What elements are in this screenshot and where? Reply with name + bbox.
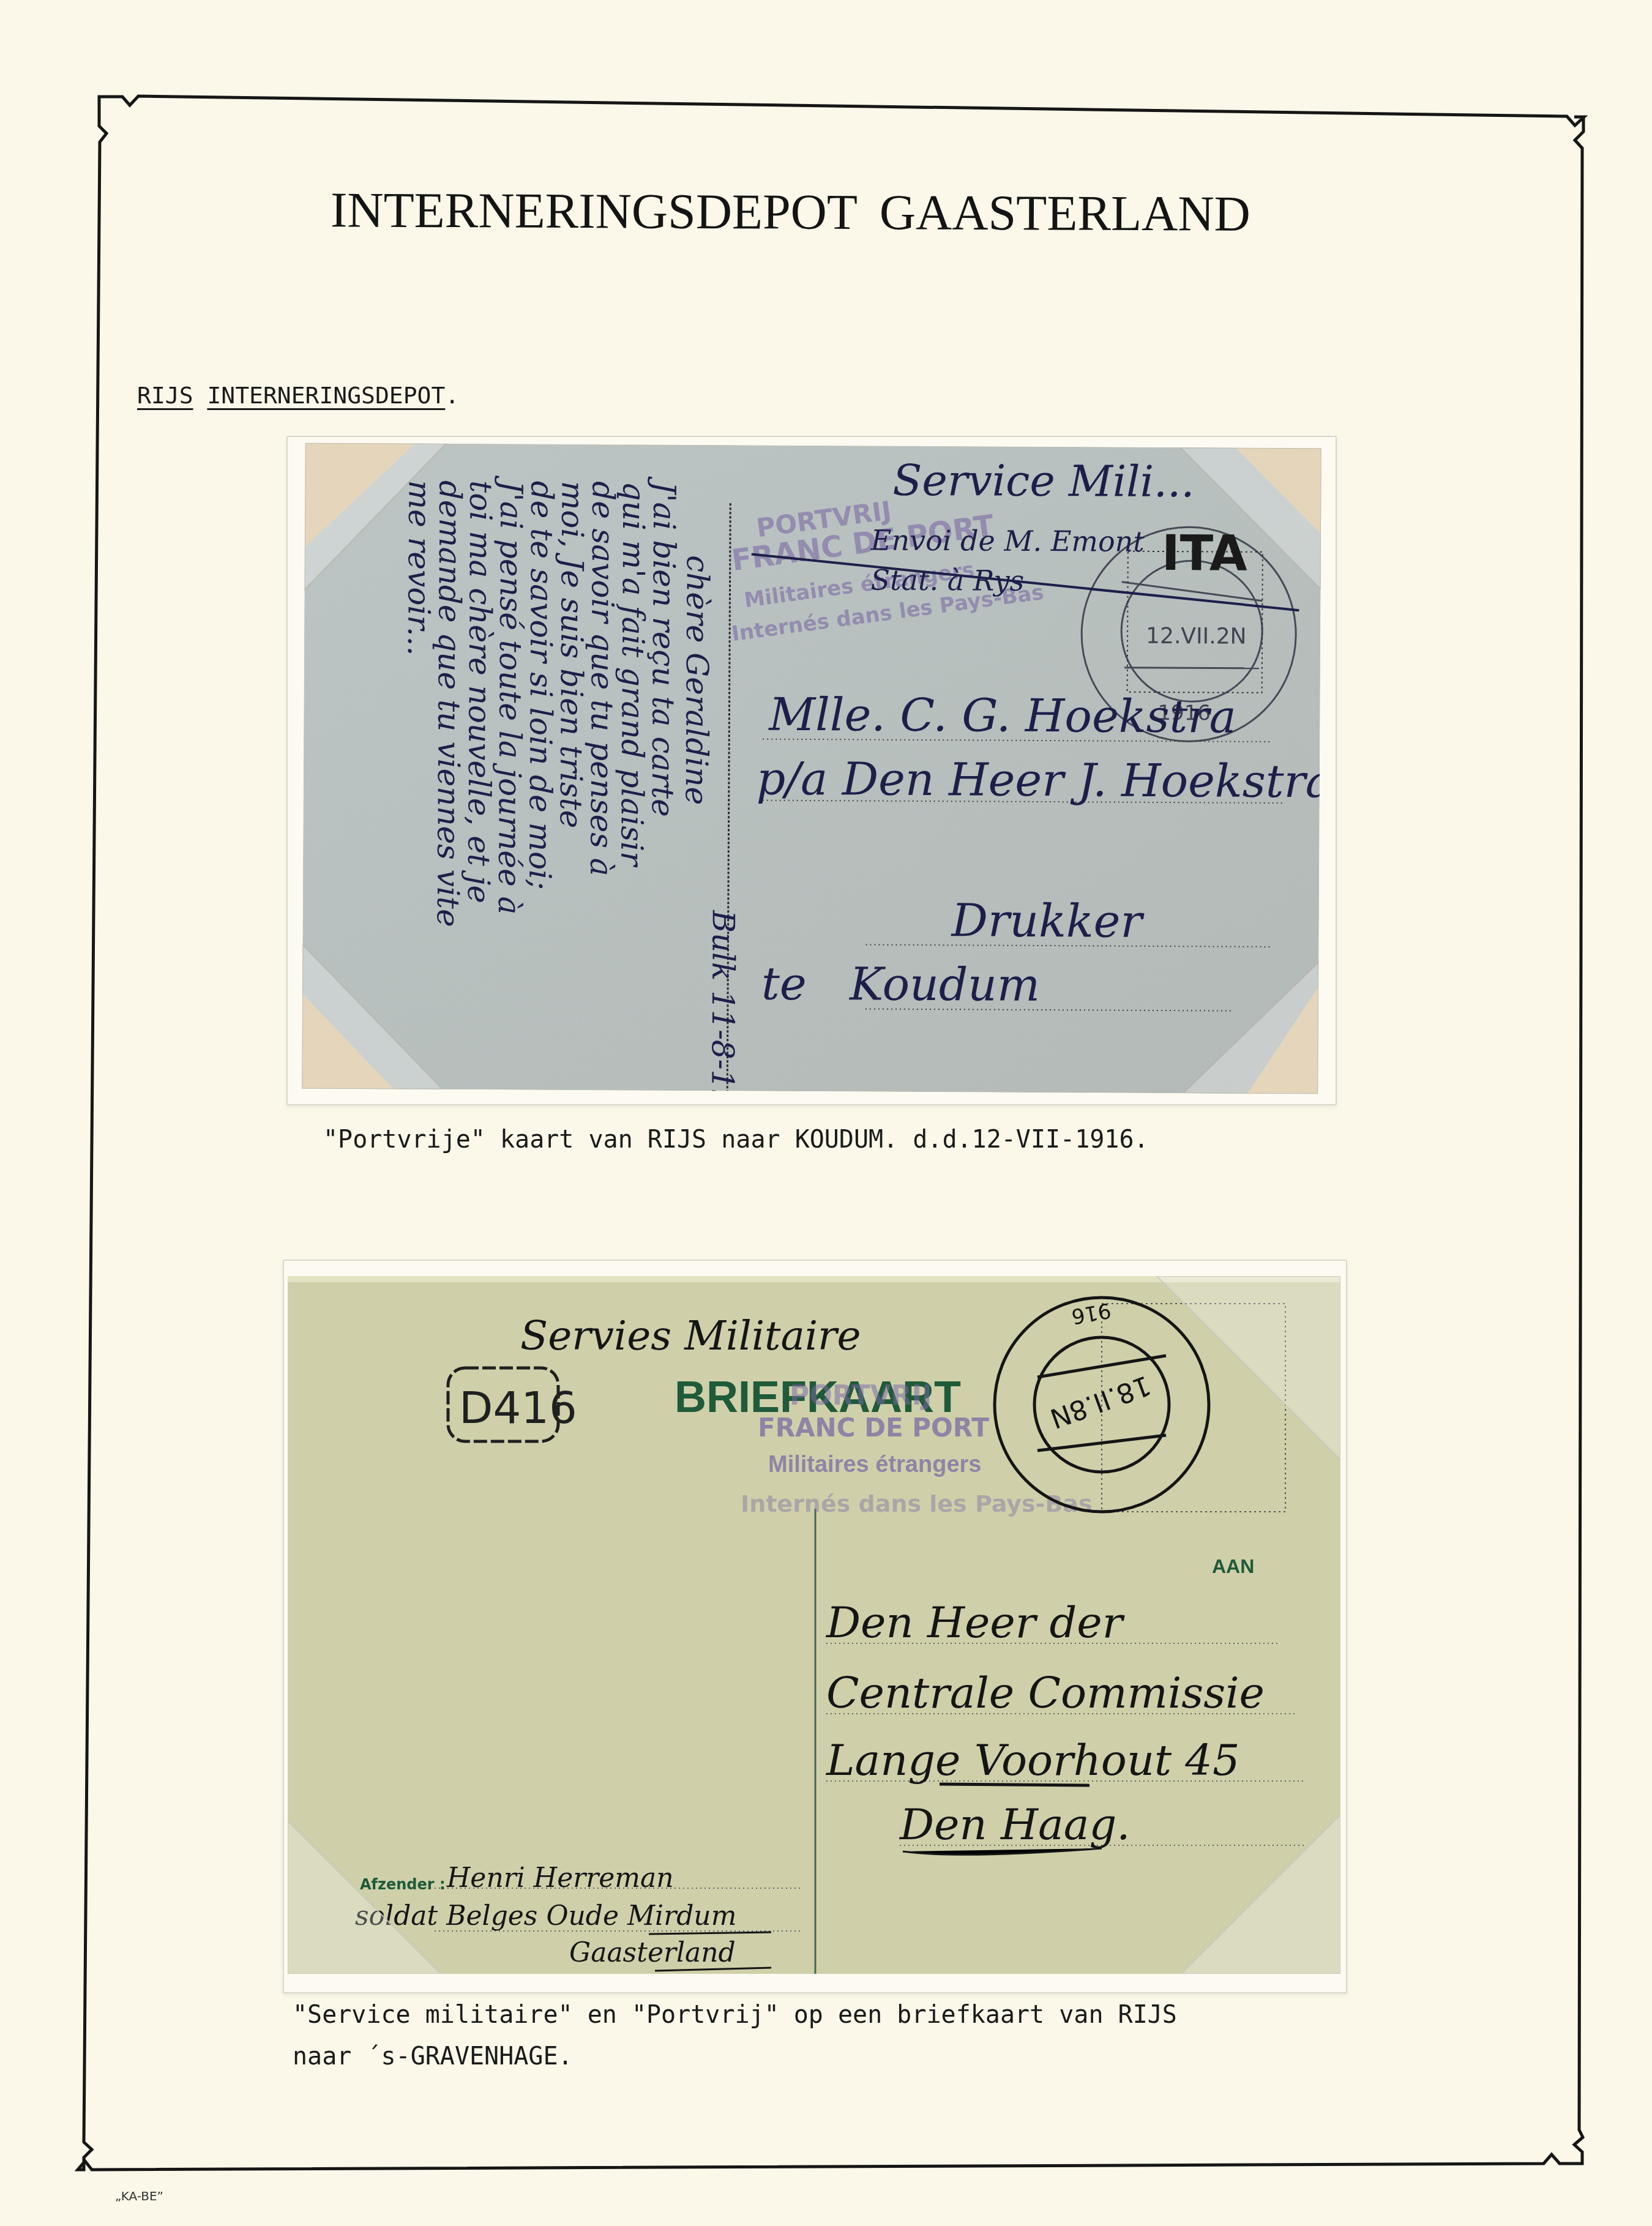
card1-sender-note-1: Envoi de M. Emont bbox=[870, 523, 1145, 558]
svg-text:chère Geraldine: chère Geraldine bbox=[679, 555, 716, 805]
card1-stamp-overprint: ITA bbox=[1162, 525, 1248, 582]
card2-address-line-4: Den Haag. bbox=[899, 1799, 1130, 1850]
card2-sender-label: Afzender : bbox=[360, 1876, 446, 1893]
postcard-2: Servies Militaire D416 BRIEFKAART PORTVR… bbox=[288, 1276, 1340, 1974]
card2-cachet-line-1: PORTVRIJ bbox=[790, 1380, 932, 1411]
card2-sender-line-3: Gaasterland bbox=[569, 1937, 736, 1968]
card2-sender-line-2: soldat Belges Oude Mirdum bbox=[355, 1900, 736, 1932]
card1-header-handwritten: Service Mili... bbox=[892, 455, 1195, 507]
svg-text:me revoir...: me revoir... bbox=[401, 480, 438, 655]
title-part-1: INTERNERINGSDEPOT bbox=[331, 182, 858, 240]
section-heading: RIJS INTERNERINGSDEPOT. bbox=[137, 382, 459, 409]
card-2-caption: "Service militaire" en "Portvrij" op een… bbox=[293, 1994, 1177, 2077]
section-heading-suffix: . bbox=[445, 382, 459, 409]
postcard-1: PORTVRIJ FRANC DE PORT Militaires étrang… bbox=[302, 443, 1321, 1094]
title-part-2: GAASTERLAND bbox=[880, 184, 1250, 242]
card1-address-line-4: te Koudum bbox=[761, 958, 1040, 1012]
card-1-caption: "Portvrije" kaart van RIJS naar KOUDUM. … bbox=[323, 1119, 1149, 1160]
card2-cachet-line-4: Internés dans les Pays-Bas bbox=[741, 1490, 1093, 1517]
page-title: INTERNERINGSDEPOTGAASTERLAND bbox=[331, 181, 1371, 243]
card2-to-label: AAN bbox=[1212, 1555, 1254, 1577]
card2-cachet-line-3: Militaires étrangers bbox=[768, 1452, 981, 1477]
card1-address-line-2: p/a Den Heer J. Hoekstra bbox=[757, 753, 1321, 809]
section-heading-word-1: RIJS bbox=[137, 382, 193, 409]
card1-address-line-3: Drukker bbox=[950, 894, 1145, 948]
card2-sender-line-1: Henri Herreman bbox=[446, 1862, 674, 1894]
publisher-mark: „KA-BE” bbox=[115, 2189, 163, 2203]
card1-postmark-date: 12.VII.2N bbox=[1146, 624, 1247, 649]
section-heading-word-2: INTERNERINGSDEPOT bbox=[207, 382, 445, 409]
card2-cachet-line-2: FRANC DE PORT bbox=[758, 1413, 989, 1443]
card1-address-line-1: Mlle. C. G. Hoekstra bbox=[768, 689, 1236, 744]
card2-address-line-1: Den Heer der bbox=[825, 1597, 1125, 1648]
card2-address-line-3: Lange Voorhout 45 bbox=[825, 1735, 1239, 1785]
card2-box-cachet: D416 bbox=[459, 1382, 577, 1433]
card2-address-line-2: Centrale Commissie bbox=[826, 1668, 1265, 1718]
card2-header-handwritten: Servies Militaire bbox=[520, 1312, 861, 1359]
svg-text:Bulk 11-8-19: Bulk 11-8-19 bbox=[705, 909, 741, 1094]
